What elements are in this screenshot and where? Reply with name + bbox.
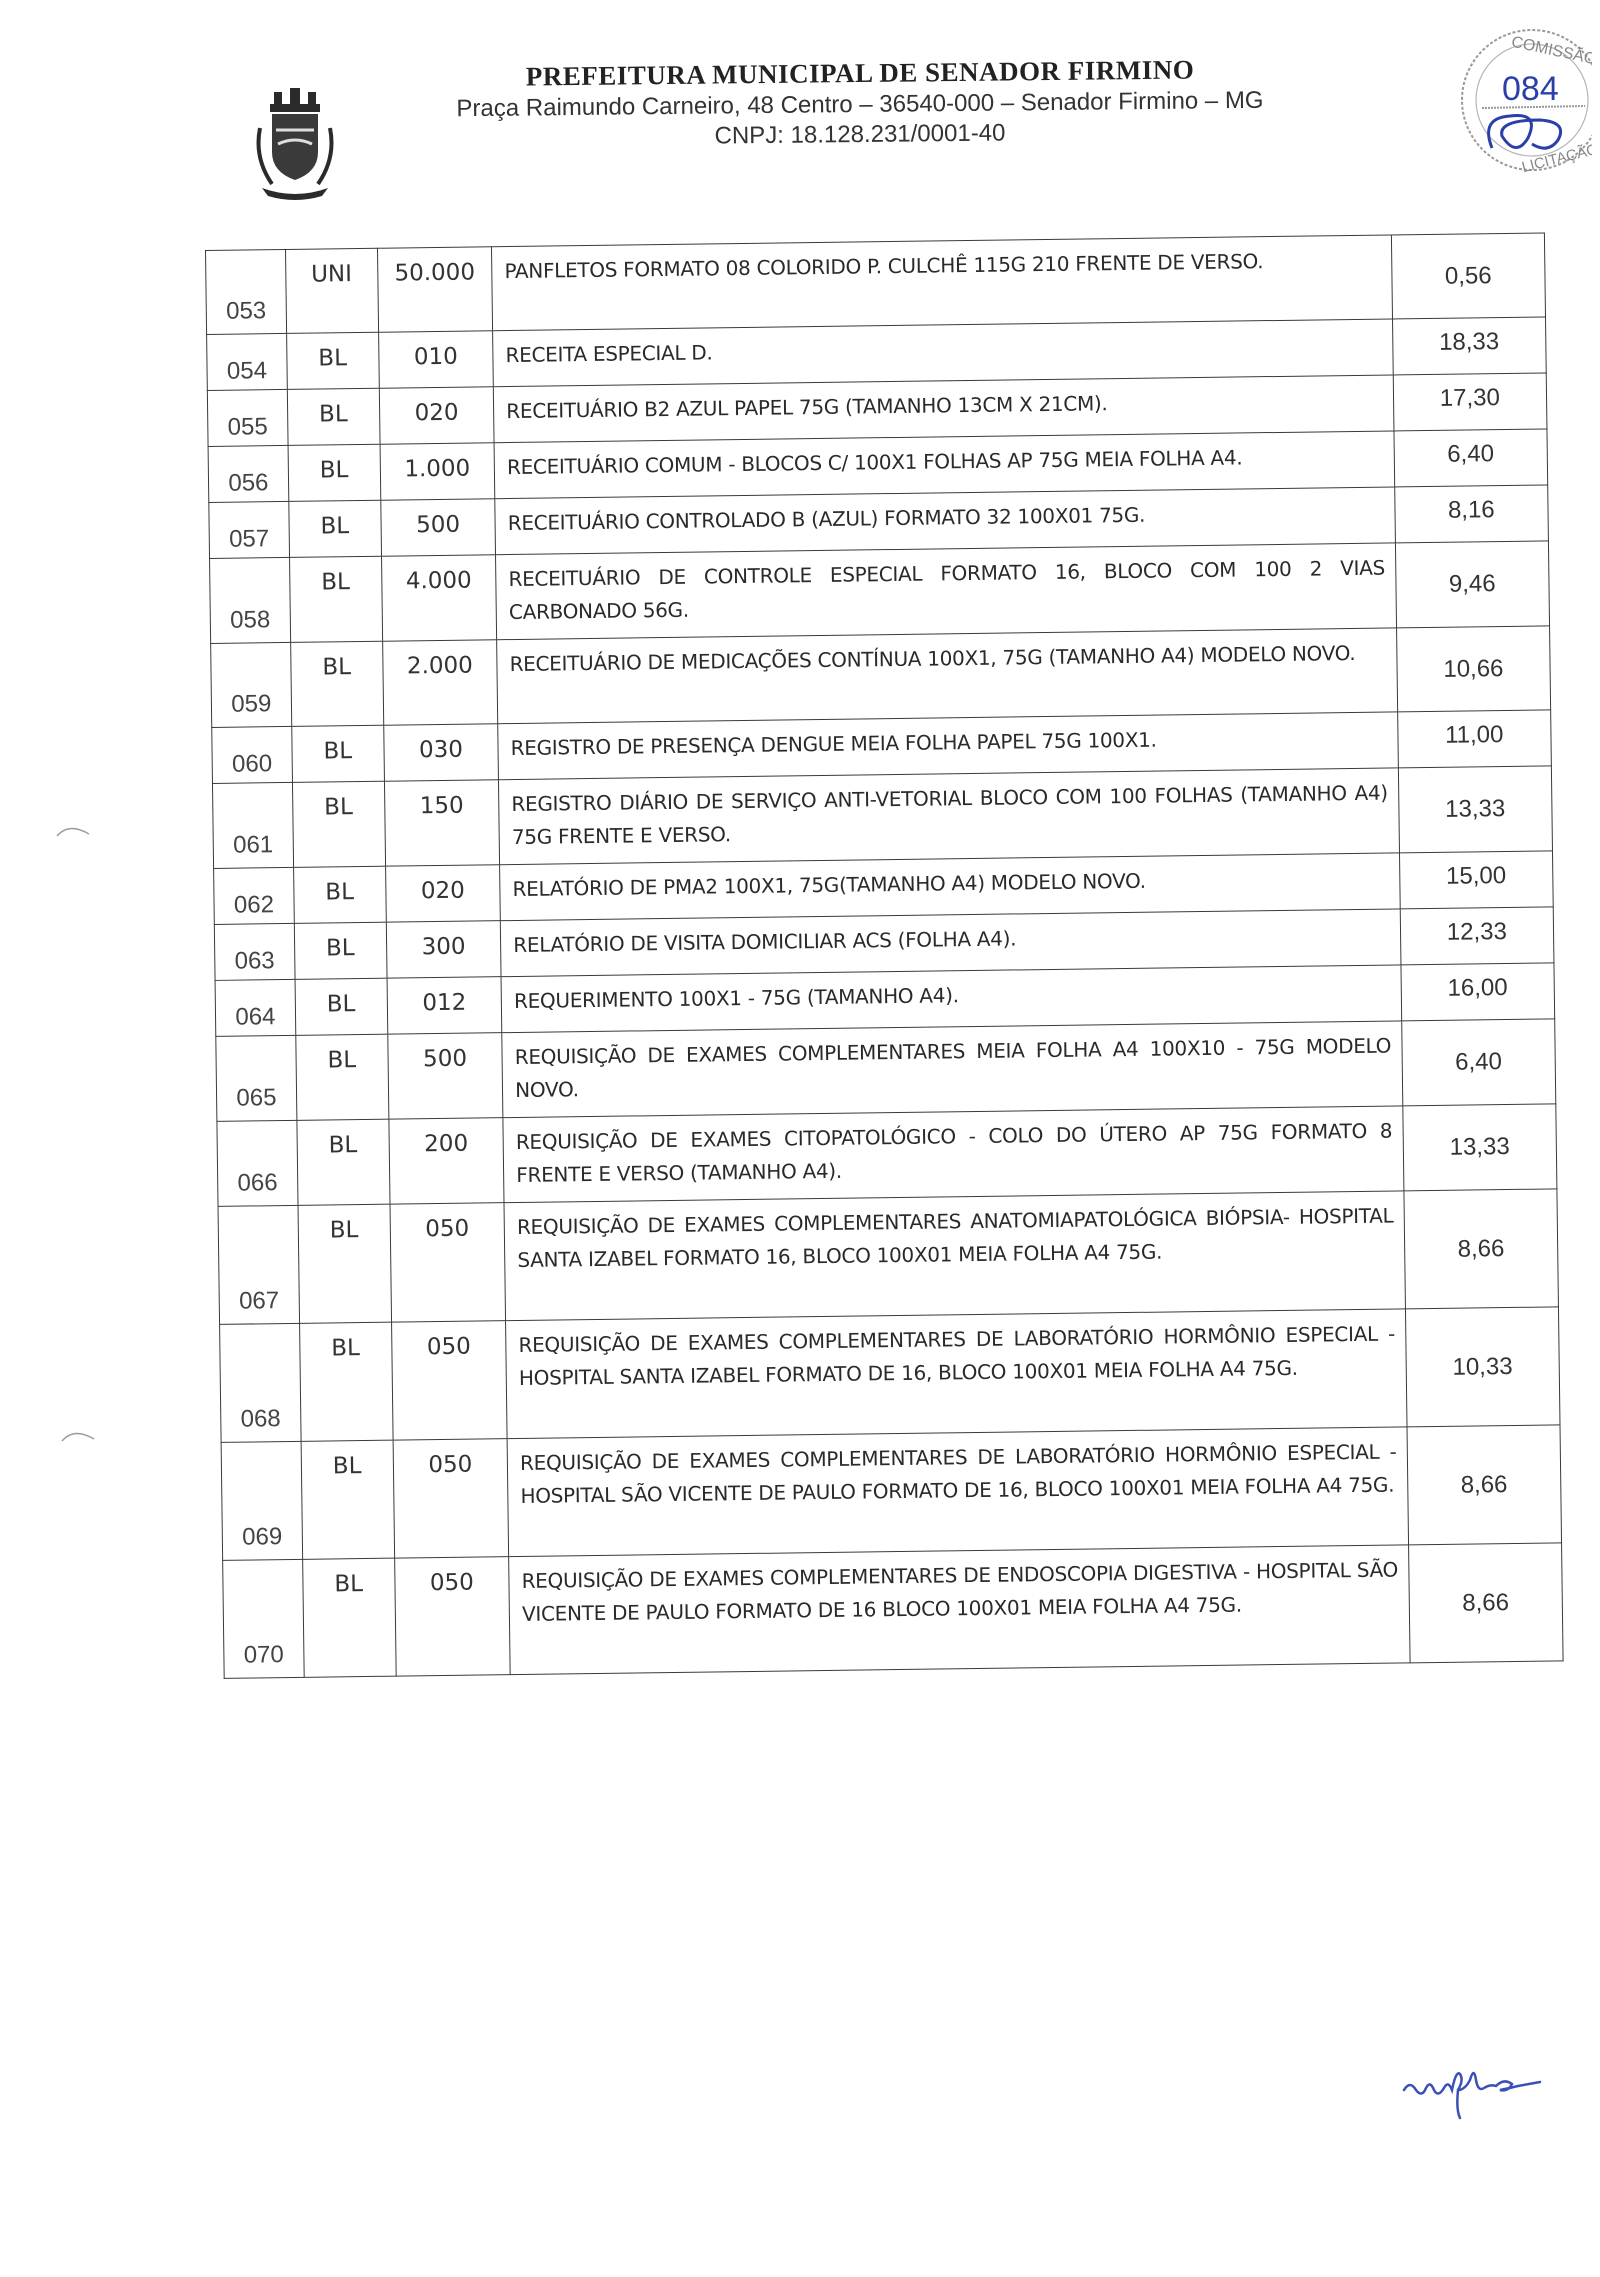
quantity-cell: 050 [390, 1203, 506, 1322]
description-cell: PANFLETOS FORMATO 08 COLORIDO P. CULCHÊ … [492, 235, 1392, 331]
quantity-cell: 150 [384, 780, 500, 866]
unit-cell: BL [295, 978, 388, 1035]
stamp-number: 084 [1502, 70, 1559, 108]
margin-mark-icon [60, 1425, 96, 1445]
quantity-cell: 300 [386, 921, 501, 978]
unit-price-cell: 0,56 [1391, 233, 1545, 319]
unit-cell: BL [299, 1322, 393, 1441]
item-number-cell: 069 [221, 1441, 302, 1560]
unit-price-cell: 10,66 [1396, 626, 1550, 712]
item-number-cell: 061 [212, 782, 293, 868]
quantity-cell: 2.000 [382, 640, 498, 725]
item-number-cell: 055 [207, 389, 287, 446]
unit-price-cell: 13,33 [1402, 1104, 1556, 1191]
item-number-cell: 058 [210, 557, 291, 643]
unit-price-cell: 15,00 [1399, 851, 1553, 909]
unit-cell: BL [298, 1204, 392, 1323]
document-page: PREFEITURA MUNICIPAL DE SENADOR FIRMINO … [0, 0, 1600, 2277]
item-number-cell: 064 [215, 979, 295, 1036]
quantity-cell: 010 [378, 331, 493, 388]
unit-price-cell: 6,40 [1401, 1019, 1555, 1106]
municipal-crest-icon [252, 88, 338, 200]
unit-price-cell: 12,33 [1400, 907, 1554, 965]
description-cell: RECEITUÁRIO DE MEDICAÇÕES CONTÍNUA 100X1… [497, 628, 1397, 724]
unit-price-cell: 8,16 [1394, 485, 1548, 543]
item-number-cell: 067 [218, 1205, 299, 1324]
quantity-cell: 1.000 [380, 443, 495, 500]
letterhead: PREFEITURA MUNICIPAL DE SENADOR FIRMINO … [360, 58, 1360, 149]
item-number-cell: 065 [216, 1035, 297, 1121]
quantity-cell: 050 [393, 1439, 509, 1558]
item-number-cell: 056 [208, 445, 288, 502]
description-cell: RECEITUÁRIO DE CONTROLE ESPECIAL FORMATO… [496, 543, 1397, 640]
quantity-cell: 050 [391, 1321, 507, 1440]
quantity-cell: 200 [389, 1118, 505, 1204]
unit-cell: BL [291, 725, 384, 782]
item-number-cell: 060 [212, 726, 292, 783]
unit-cell: BL [297, 1119, 390, 1205]
unit-cell: BL [292, 781, 385, 867]
item-number-cell: 057 [209, 501, 289, 558]
item-number-cell: 053 [206, 249, 287, 334]
margin-mark-icon [55, 820, 91, 840]
unit-price-cell: 13,33 [1398, 766, 1552, 853]
unit-cell: BL [301, 1440, 395, 1559]
unit-cell: BL [294, 922, 387, 979]
commission-stamp-icon: COMISSÃO LICITAÇÃO 084 [1440, 8, 1592, 183]
unit-cell: BL [289, 556, 382, 642]
item-number-cell: 066 [217, 1120, 298, 1206]
unit-cell: BL [288, 444, 381, 501]
unit-price-cell: 8,66 [1404, 1189, 1559, 1309]
unit-cell: BL [289, 500, 382, 557]
signature-icon [1400, 2060, 1550, 2120]
quantity-cell: 500 [380, 499, 495, 556]
unit-cell: BL [287, 388, 380, 445]
items-table-body: 053UNI50.000PANFLETOS FORMATO 08 COLORID… [206, 233, 1564, 1678]
item-number-cell: 054 [207, 333, 287, 390]
unit-cell: BL [286, 332, 379, 389]
quantity-cell: 020 [379, 387, 494, 444]
table-row: 070BL050REQUISIÇÃO DE EXAMES COMPLEMENTA… [223, 1543, 1563, 1679]
unit-cell: BL [293, 866, 386, 923]
items-table-container: 053UNI50.000PANFLETOS FORMATO 08 COLORID… [205, 232, 1574, 1679]
quantity-cell: 020 [385, 865, 500, 922]
table-row: 069BL050REQUISIÇÃO DE EXAMES COMPLEMENTA… [221, 1425, 1561, 1561]
stamp-top-text: COMISSÃO [1510, 31, 1592, 68]
unit-price-cell: 17,30 [1393, 373, 1547, 431]
item-number-cell: 070 [223, 1559, 304, 1678]
unit-price-cell: 8,66 [1408, 1543, 1563, 1663]
unit-price-cell: 8,66 [1407, 1425, 1562, 1545]
item-number-cell: 059 [211, 642, 292, 727]
unit-cell: BL [296, 1034, 389, 1120]
description-cell: REQUISIÇÃO DE EXAMES COMPLEMENTARES DE L… [506, 1309, 1407, 1439]
table-row: 068BL050REQUISIÇÃO DE EXAMES COMPLEMENTA… [220, 1307, 1560, 1443]
description-cell: REQUISIÇÃO DE EXAMES COMPLEMENTARES ANAT… [504, 1191, 1405, 1321]
description-cell: REQUISIÇÃO DE EXAMES CITOPATOLÓGICO - CO… [503, 1106, 1404, 1203]
item-number-cell: 063 [214, 923, 294, 980]
unit-price-cell: 16,00 [1401, 963, 1555, 1021]
item-number-cell: 062 [214, 867, 294, 924]
unit-cell: UNI [285, 248, 378, 333]
unit-cell: BL [290, 641, 383, 726]
unit-price-cell: 11,00 [1397, 710, 1551, 768]
table-row: 067BL050REQUISIÇÃO DE EXAMES COMPLEMENTA… [218, 1189, 1558, 1325]
unit-price-cell: 9,46 [1395, 541, 1549, 628]
unit-price-cell: 18,33 [1392, 317, 1546, 375]
unit-price-cell: 10,33 [1405, 1307, 1560, 1427]
quantity-cell: 500 [387, 1033, 503, 1119]
description-cell: REQUISIÇÃO DE EXAMES COMPLEMENTARES MEIA… [502, 1021, 1403, 1118]
description-cell: REQUISIÇÃO DE EXAMES COMPLEMENTARES DE E… [509, 1545, 1410, 1675]
unit-cell: BL [302, 1558, 396, 1677]
item-number-cell: 068 [220, 1323, 301, 1442]
quantity-cell: 50.000 [377, 247, 493, 332]
quantity-cell: 050 [394, 1557, 510, 1676]
items-table: 053UNI50.000PANFLETOS FORMATO 08 COLORID… [205, 232, 1564, 1678]
quantity-cell: 012 [387, 977, 502, 1034]
quantity-cell: 4.000 [381, 555, 497, 641]
stamp-bottom-text: LICITAÇÃO [1520, 141, 1592, 176]
description-cell: REGISTRO DIÁRIO DE SERVIÇO ANTI-VETORIAL… [499, 768, 1400, 865]
quantity-cell: 030 [383, 724, 498, 781]
unit-price-cell: 6,40 [1394, 429, 1548, 487]
description-cell: REQUISIÇÃO DE EXAMES COMPLEMENTARES DE L… [507, 1427, 1408, 1557]
